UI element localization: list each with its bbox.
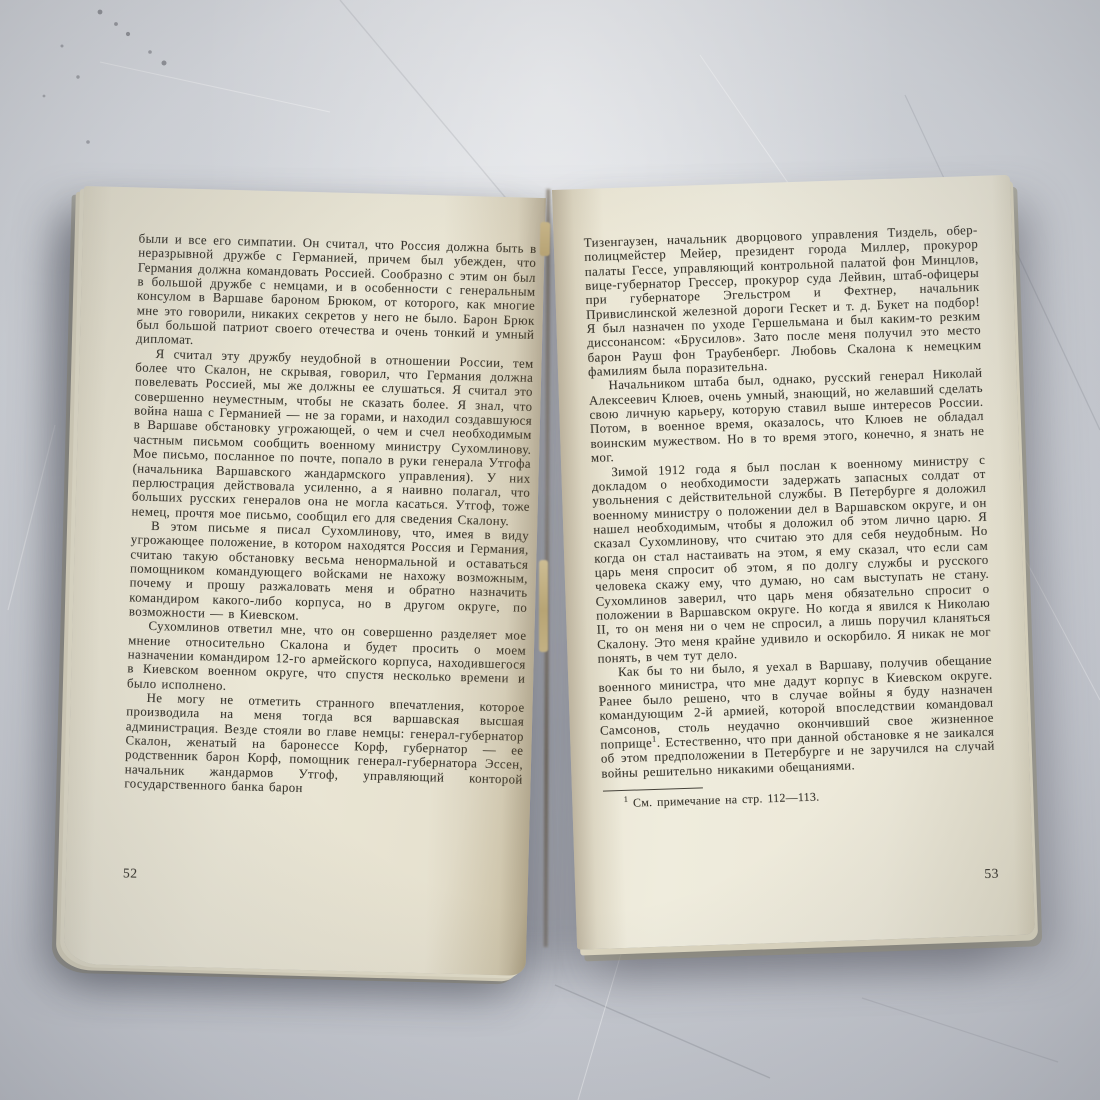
- left-page: были и все его симпатии. Он считал, что …: [64, 186, 546, 976]
- paragraph: были и все его симпатии. Он считал, что …: [136, 231, 537, 356]
- paragraph: Сухомлинов ответил мне, что он совершенн…: [127, 619, 527, 701]
- left-page-text: были и все его симпатии. Он считал, что …: [124, 231, 537, 801]
- paragraph: Тизенгаузен, начальник дворцового управл…: [584, 223, 983, 379]
- paragraph: Начальником штаба был, однако, русский г…: [588, 366, 985, 465]
- footnote-divider: [603, 787, 703, 791]
- photo-scene: были и все его симпатии. Он считал, что …: [0, 0, 1100, 1100]
- paragraph: Зимой 1912 года я был послан к военному …: [591, 452, 991, 666]
- footnote: 1 См. примечание на стр. 112—113.: [602, 784, 996, 811]
- right-page: Тизенгаузен, начальник дворцового управл…: [552, 175, 1035, 950]
- binding-thread: [540, 222, 551, 256]
- paragraph: Не могу не отметить странного впечатлени…: [124, 690, 524, 801]
- page-number-left: 52: [123, 865, 138, 881]
- footnote-text: См. примечание на стр. 112—113.: [628, 790, 820, 810]
- paragraph: В этом письме я писал Сухомлинову, что, …: [129, 518, 529, 629]
- right-page-text: Тизенгаузен, начальник дворцового управл…: [584, 223, 997, 811]
- page-number-right: 53: [984, 866, 999, 882]
- paragraph: Как бы то ни было, я уехал в Варшаву, по…: [598, 653, 996, 781]
- binding-thread: [539, 560, 548, 652]
- paragraph: Я считал эту дружбу неудобной в отношени…: [131, 346, 533, 528]
